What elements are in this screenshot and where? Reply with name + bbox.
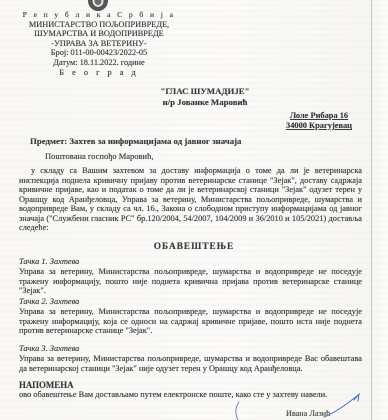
letterhead-city: Б е о г р а д [14, 68, 184, 78]
note-text: ово обавештење Вам достављамо путем елек… [19, 390, 362, 400]
letterhead-date: Датум: 18.11.2022. године [14, 58, 184, 68]
recipient-attention: н/р Јованке Маровић [130, 97, 280, 108]
scanned-letter-page: Р е п у б л и к а С р б и ј а МИНИСТАРСТ… [0, 0, 388, 420]
point-3-text: Управа за ветерину, Министарства пољопри… [19, 354, 362, 373]
recipient-name: "ГЛАС ШУМАДИЈЕ" [130, 86, 280, 97]
point-3-label: Тачка 3. Захтева [19, 344, 79, 353]
point-1-text: Управа за ветерину, Министарства пољопри… [19, 267, 362, 296]
notice-heading: ОБАВЕШТЕЊЕ [0, 242, 388, 252]
pen-signature-stroke-icon [320, 393, 364, 419]
point-1-label: Тачка 1. Захтева [19, 257, 79, 266]
note-heading: НАПОМЕНА [19, 380, 74, 390]
salutation: Поштована госпођо Маровић, [45, 151, 153, 161]
pen-flourish-icon [232, 401, 242, 420]
recipient-block: "ГЛАС ШУМАДИЈЕ" н/р Јованке Маровић [130, 86, 280, 107]
letterhead-ministry-line2: ШУМАРСТВА И ВОДОПРИВРЕДЕ [14, 29, 184, 39]
point-2-text: Управа за ветерину, Министарства пољопри… [19, 307, 362, 336]
letterhead-number: Број: 011-00-00423/2022-05 [14, 48, 184, 58]
letterhead-department: -УПРАВА ЗА ВЕТЕРИНУ- [14, 39, 184, 49]
recipient-address: Лоле Рибара 16 34000 Крагујевац [286, 111, 352, 131]
subject-line: Предмет: Захтев за информацијама од јавн… [30, 136, 241, 146]
address-city: 34000 Крагујевац [286, 121, 352, 131]
letterhead-country: Р е п у б л и к а С р б и ј а [14, 10, 184, 20]
intro-paragraph: у складу са Вашим захтевом за доставу ин… [19, 166, 362, 233]
letterhead-ministry-line1: МИНИСТАРСТВО ПОЉОПРИВРЕДЕ, [14, 20, 184, 30]
scan-page-edge [371, 0, 372, 420]
letterhead: Р е п у б л и к а С р б и ј а МИНИСТАРСТ… [14, 10, 184, 77]
address-street: Лоле Рибара 16 [286, 111, 352, 121]
point-2-label: Тачка 2. Захтева [19, 297, 79, 306]
